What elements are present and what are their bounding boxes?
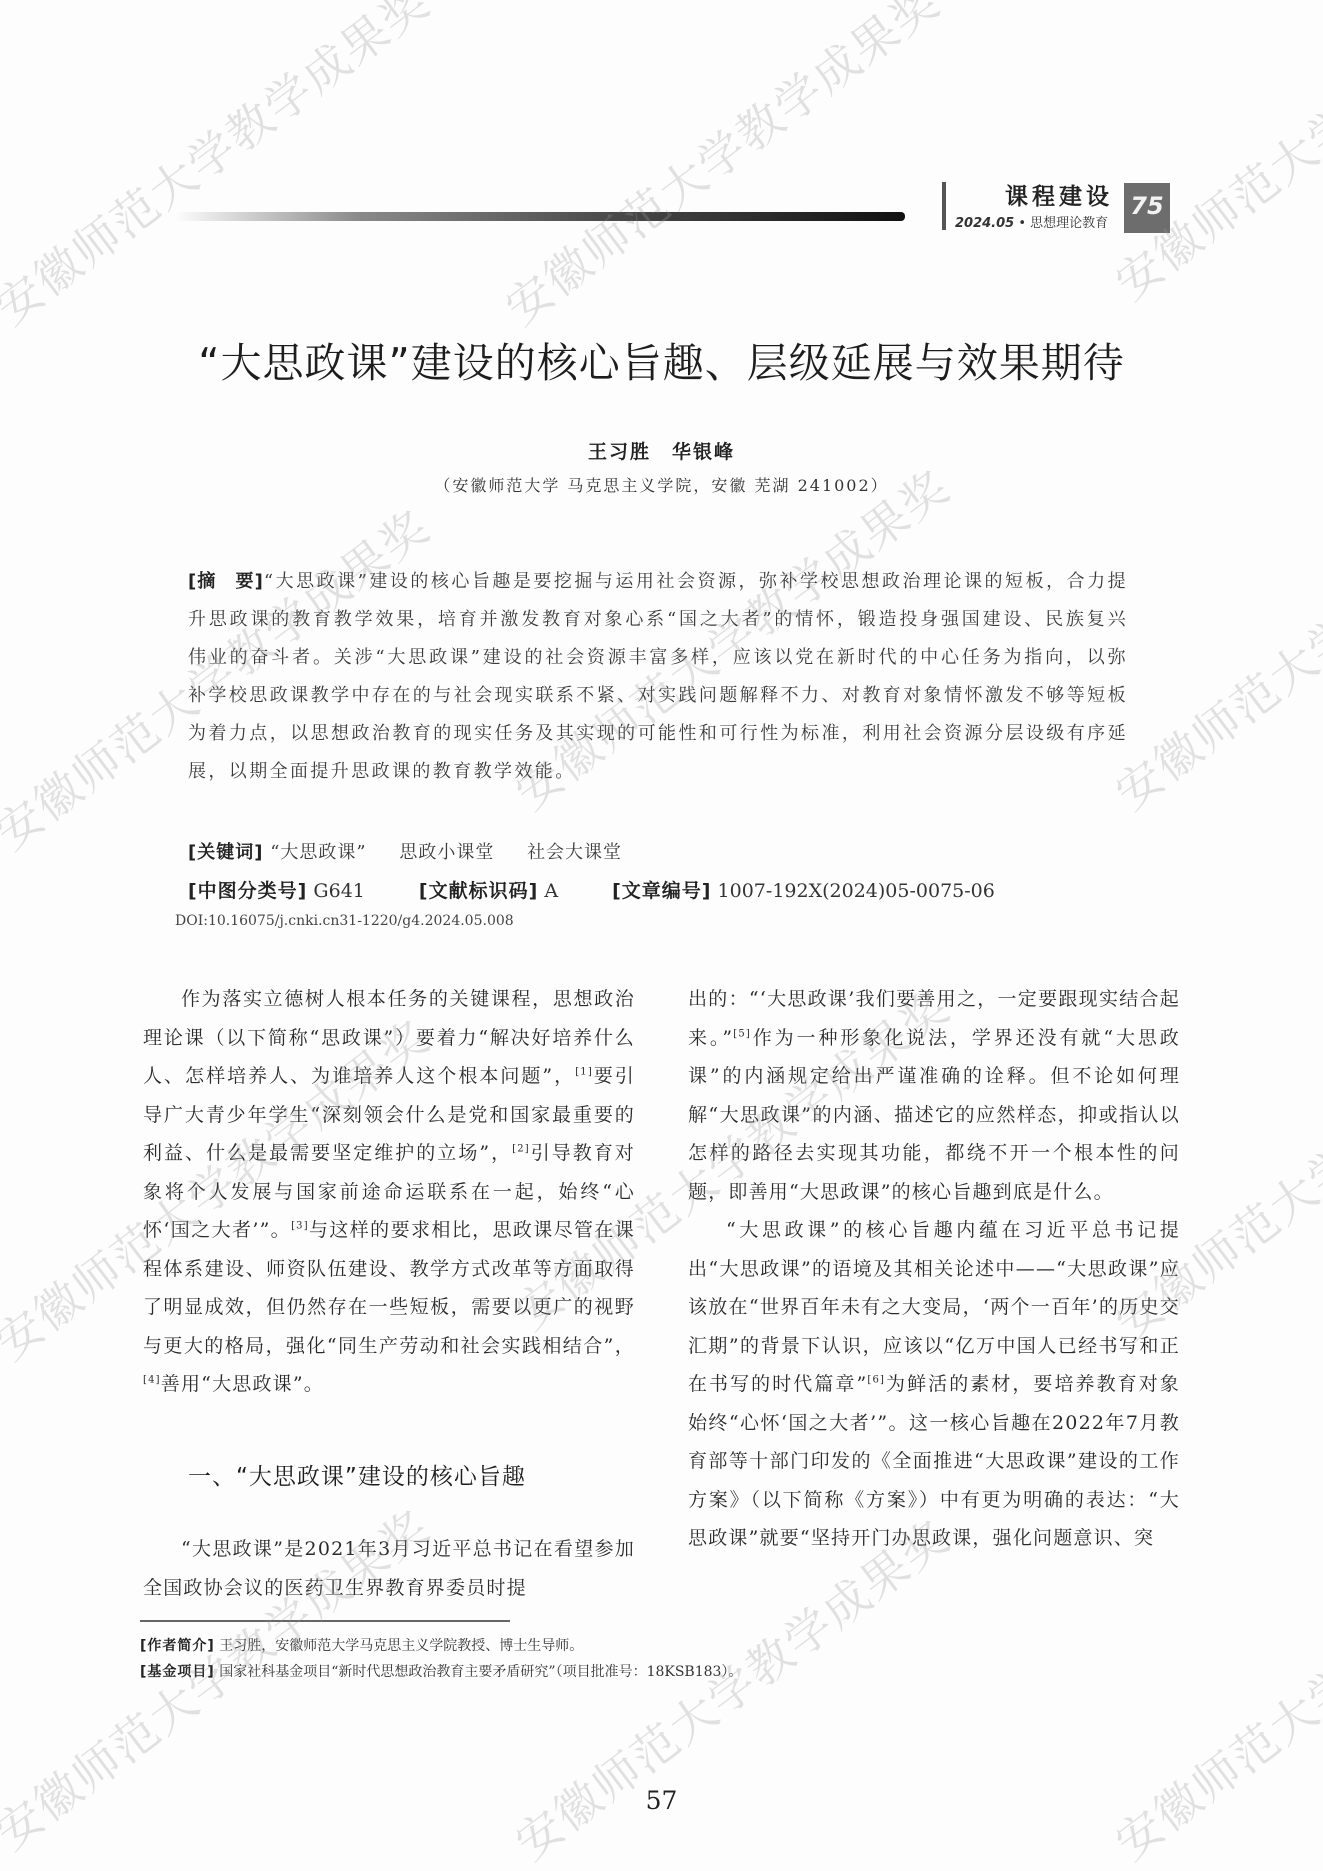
watermark: 安徽师范大学教学成果奖 xyxy=(490,0,951,338)
watermark: 安徽师范大学教学成果奖 xyxy=(1100,0,1323,313)
watermark: 安徽师范大学教学成果奖 xyxy=(0,0,441,338)
citation[interactable]: [5] xyxy=(733,1028,751,1039)
section-heading: 一、“大思政课”建设的核心旨趣 xyxy=(188,1458,526,1491)
citation[interactable]: [4] xyxy=(143,1375,161,1386)
authors: 王习胜 华银峰 xyxy=(0,437,1323,464)
footnote-author: [作者简介] 王习胜，安徽师范大学马克思主义学院教授、博士生导师。 xyxy=(140,1635,583,1655)
paragraph: “大思政课”是2021年3月习近平总书记在看望参加全国政协会议的医药卫生界教育界… xyxy=(143,1530,635,1607)
keywords: [关键词] “大思政课” 思政小课堂 社会大课堂 xyxy=(188,838,648,864)
watermark: 安徽师范大学教学成果奖 xyxy=(1100,452,1323,822)
header-journal: 思想理论教育 xyxy=(1030,216,1108,231)
header-issue: 2024.05 xyxy=(955,216,1014,231)
journal-page-number: 75 xyxy=(1124,183,1170,233)
article-title: “大思政课”建设的核心旨趣、层级延展与效果期待 xyxy=(0,330,1323,389)
abstract-text: “大思政课”建设的核心旨趣是要挖掘与运用社会资源，弥补学校思想政治理论课的短板，… xyxy=(188,571,1128,782)
keyword: 社会大课堂 xyxy=(527,842,622,863)
paragraph: 作为落实立德树人根本任务的关键课程，思想政治理论课（以下简称“思政课”）要着力“… xyxy=(143,980,635,1404)
citation[interactable]: [2] xyxy=(512,1144,530,1155)
clc-value: G641 xyxy=(313,880,364,902)
body-left-column: 作为落实立德树人根本任务的关键课程，思想政治理论课（以下简称“思政课”）要着力“… xyxy=(143,980,635,1404)
body-right-column: 出的：“‘大思政课’我们要善用之，一定要跟现实结合起来。”[5]作为一种形象化说… xyxy=(688,980,1180,1558)
footnote-fund: [基金项目] 国家社科基金项目“新时代思想政治教育主要矛盾研究”（项目批准号：1… xyxy=(140,1661,742,1681)
doc-code-label: [文献标识码] xyxy=(419,880,538,902)
doi: DOI:10.16075/j.cnki.cn31-1220/g4.2024.05… xyxy=(175,913,514,929)
citation[interactable]: [3] xyxy=(291,1221,309,1232)
classification-row: [中图分类号] G641 [文献标识码] A [文章编号] 1007-192X(… xyxy=(188,876,1043,903)
header-rule xyxy=(175,212,905,221)
citation[interactable]: [1] xyxy=(575,1067,593,1078)
watermark: 安徽师范大学教学成果奖 xyxy=(1100,1502,1323,1871)
article-no-value: 1007-192X(2024)05-0075-06 xyxy=(718,880,995,902)
abstract: [摘 要]“大思政课”建设的核心旨趣是要挖掘与运用社会资源，弥补学校思想政治理论… xyxy=(188,563,1128,791)
keywords-label: [关键词] xyxy=(188,842,263,863)
affiliation: （安徽师范大学 马克思主义学院，安徽 芜湖 241002） xyxy=(0,473,1323,496)
header-issue-line: 2024.05 • 思想理论教育 xyxy=(955,212,1108,231)
body-left-column-continued: “大思政课”是2021年3月习近平总书记在看望参加全国政协会议的医药卫生界教育界… xyxy=(143,1530,635,1607)
header-separator: • xyxy=(1018,216,1026,231)
page-number: 57 xyxy=(0,1786,1323,1815)
header-divider xyxy=(942,182,946,230)
keyword: “大思政课” xyxy=(270,842,366,863)
paragraph: “大思政课”的核心旨趣内蕴在习近平总书记提出“大思政课”的语境及其相关论述中——… xyxy=(688,1211,1180,1558)
clc-label: [中图分类号] xyxy=(188,880,307,902)
citation[interactable]: [6] xyxy=(867,1375,885,1386)
keyword: 思政小课堂 xyxy=(399,842,494,863)
paragraph: 出的：“‘大思政课’我们要善用之，一定要跟现实结合起来。”[5]作为一种形象化说… xyxy=(688,980,1180,1211)
abstract-label: [摘 要] xyxy=(188,571,264,592)
article-no-label: [文章编号] xyxy=(612,880,711,902)
doc-code-value: A xyxy=(544,880,558,902)
footnote-rule xyxy=(140,1620,510,1622)
header-section-title: 课程建设 xyxy=(1005,178,1113,211)
